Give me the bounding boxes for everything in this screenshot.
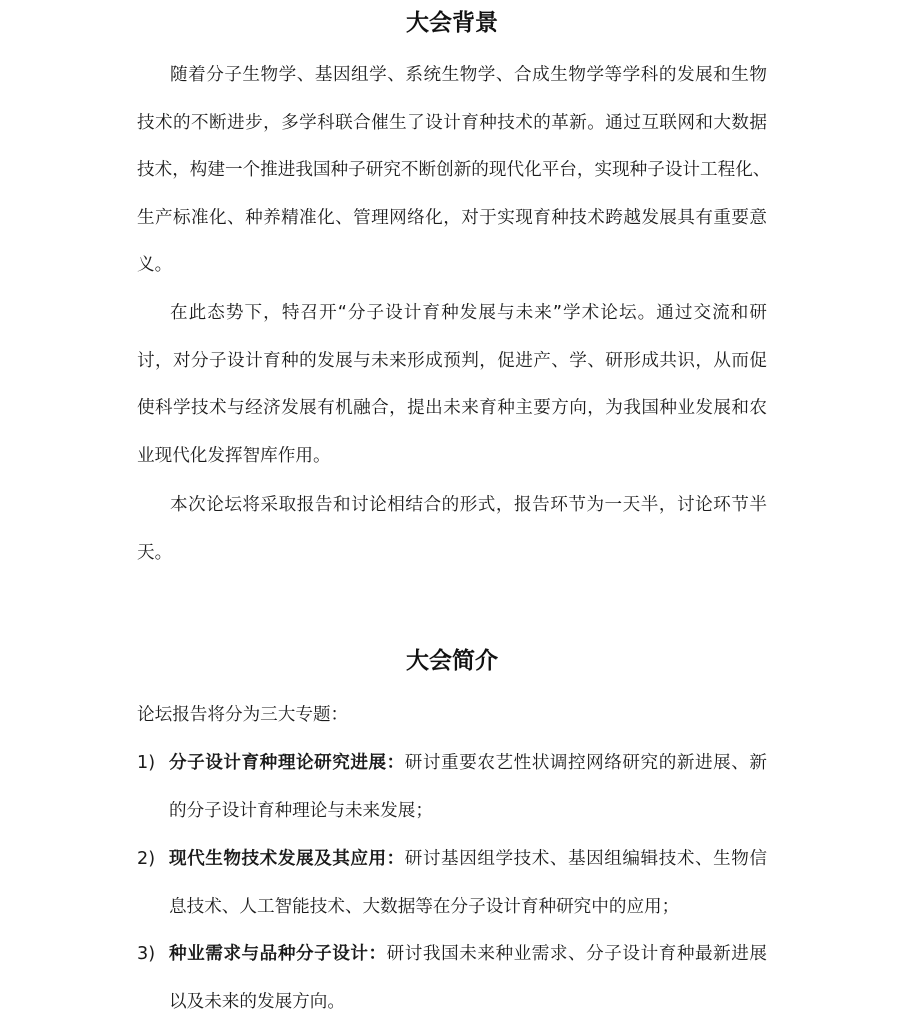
topic-description: 研讨我国未来种业需求、分子设计育种最新进展 (387, 944, 767, 964)
topic-heading: 分子设计育种理论研究进展： (169, 753, 405, 773)
paragraph-line: 义。 (137, 242, 767, 290)
paragraph-line: 讨，对分子设计育种的发展与未来形成预判，促进产、学、研形成共识，从而促 (137, 338, 767, 386)
paragraph-line: 技术的不断进步，多学科联合催生了设计育种技术的革新。通过互联网和大数据 (137, 100, 767, 148)
topic-item-2: 2) 现代生物技术发展及其应用：研讨基因组学技术、基因组编辑技术、生物信 息技术… (137, 836, 767, 932)
topic-description-cont: 的分子设计育种理论与未来发展； (169, 788, 767, 836)
paragraph-line: 使科学技术与经济发展有机融合，提出未来育种主要方向，为我国种业发展和农 (137, 385, 767, 433)
topic-number: 3) (137, 931, 167, 979)
intro-line: 论坛报告将分为三大专题： (137, 692, 767, 740)
topic-item-3: 3) 种业需求与品种分子设计：研讨我国未来种业需求、分子设计育种最新进展 以及未… (137, 931, 767, 1024)
background-paragraph-2: 在此态势下，特召开“分子设计育种发展与未来”学术论坛。通过交流和研 讨，对分子设… (137, 290, 767, 480)
paragraph-line: 随着分子生物学、基因组学、系统生物学、合成生物学等学科的发展和生物 (137, 52, 767, 100)
paragraph-line: 在此态势下，特召开“分子设计育种发展与未来”学术论坛。通过交流和研 (137, 290, 767, 338)
paragraph-line: 业现代化发挥智库作用。 (137, 433, 767, 481)
paragraph-line: 生产标准化、种养精准化、管理网络化，对于实现育种技术跨越发展具有重要意 (137, 195, 767, 243)
topic-number: 1) (137, 740, 167, 788)
topic-description: 研讨基因组学技术、基因组编辑技术、生物信 (405, 849, 767, 869)
section-title-introduction: 大会简介 (137, 646, 767, 676)
introduction-lead: 论坛报告将分为三大专题： (137, 692, 767, 740)
topic-description-cont: 以及未来的发展方向。 (169, 979, 767, 1024)
paragraph-line: 本次论坛将采取报告和讨论相结合的形式，报告环节为一天半，讨论环节半 (137, 482, 767, 530)
paragraph-line: 技术，构建一个推进我国种子研究不断创新的现代化平台，实现种子设计工程化、 (137, 147, 767, 195)
topic-description: 研讨重要农艺性状调控网络研究的新进展、新 (405, 753, 767, 773)
topic-item-1: 1) 分子设计育种理论研究进展：研讨重要农艺性状调控网络研究的新进展、新 的分子… (137, 740, 767, 836)
paragraph-line: 天。 (137, 530, 767, 578)
topic-heading: 现代生物技术发展及其应用： (169, 849, 405, 869)
topic-description-cont: 息技术、人工智能技术、大数据等在分子设计育种研究中的应用； (169, 884, 767, 932)
topic-heading: 种业需求与品种分子设计： (169, 944, 387, 964)
section-title-background: 大会背景 (137, 8, 767, 38)
background-paragraph-3: 本次论坛将采取报告和讨论相结合的形式，报告环节为一天半，讨论环节半 天。 (137, 482, 767, 577)
topic-number: 2) (137, 836, 167, 884)
background-paragraph-1: 随着分子生物学、基因组学、系统生物学、合成生物学等学科的发展和生物 技术的不断进… (137, 52, 767, 290)
